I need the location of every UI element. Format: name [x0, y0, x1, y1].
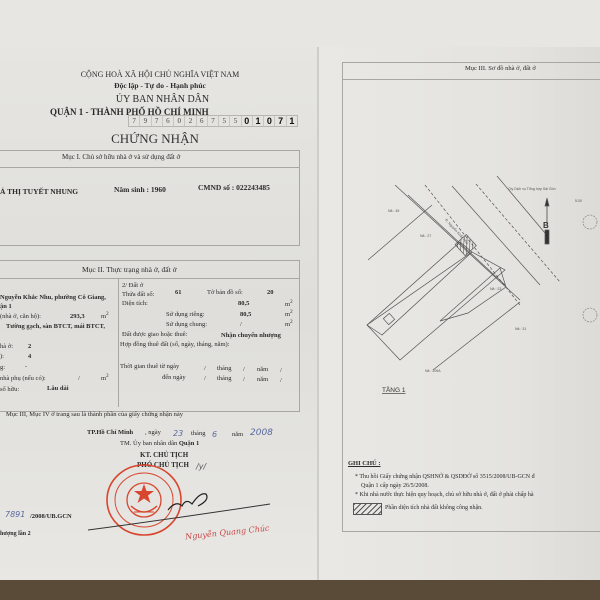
ownership-label: số hữu:	[0, 386, 19, 393]
register-number: /2008/UB.GCN	[30, 513, 72, 520]
note-1-cont: Quận 1 cấp ngày 26/5/2008.	[361, 483, 429, 489]
hatch-legend-icon	[353, 503, 382, 515]
house-structure: Tường gạch, sàn BTCT, mái BTCT,	[6, 323, 105, 330]
lease-to-month: /	[243, 376, 245, 383]
svg-text:Nă : 45: Nă : 45	[388, 209, 399, 213]
aux-area-label: nhà phụ (nếu có):	[0, 375, 46, 382]
sign-place: TP.Hồ Chí Minh	[87, 429, 133, 436]
serial-number: 7 9 7 6 0 2 6 7 5 5 0 1 0 7 1	[128, 115, 298, 127]
floor-area-unit: m2	[101, 312, 109, 320]
house-address-district: ận 1	[0, 303, 12, 310]
svg-text:Nă : 27: Nă : 27	[420, 234, 431, 238]
svg-text:Cty Dịch vụ Tổng hợp Sài Gòn: Cty Dịch vụ Tổng hợp Sài Gòn	[508, 187, 556, 191]
lease-to-day: /	[204, 375, 206, 382]
serial-digit: 0	[264, 116, 275, 126]
land-heading: 2/ Đất ở	[122, 282, 143, 289]
serial-digit: 7	[275, 116, 286, 126]
rooms-value: 4	[28, 353, 31, 360]
plot-label: Thửa đất số:	[122, 291, 154, 298]
serial-digit: 1	[287, 116, 297, 126]
serial-digit: 2	[185, 116, 196, 126]
serial-digit: 0	[242, 116, 253, 126]
site-plan-diagram: Nă : 45 Nă : 27 Nă : 209A Nă : 31 Nă : 2…	[340, 160, 600, 410]
desk-surface-bottom	[0, 578, 600, 600]
notes-heading: GHI CHÚ :	[348, 460, 381, 467]
section2-footnote: Mục III, Mục IV ở trang sau là thành phầ…	[6, 411, 183, 418]
committee-title: ỦY BAN NHÂN DÂN	[0, 94, 325, 105]
lease-from-label: Thời gian thuê từ ngày	[120, 363, 179, 370]
certificate-title: CHỨNG NHẬN	[0, 131, 310, 147]
lease-from-year-label: năm	[257, 366, 268, 373]
floor-area-label: (nhà ở, căn hộ):	[0, 313, 41, 320]
lease-from-month: /	[243, 366, 245, 373]
area-label: Diện tích:	[122, 300, 148, 307]
north-label: B	[543, 221, 549, 230]
svg-text:Nă : 209A: Nă : 209A	[425, 369, 441, 373]
plot-value: 61	[175, 289, 182, 296]
aux-area-value: /	[78, 375, 80, 382]
svg-text:Nă : 23: Nă : 23	[490, 287, 501, 291]
birth-year: Năm sinh : 1960	[114, 185, 166, 194]
serial-digit: 6	[163, 116, 174, 126]
initial-mark: /y/	[196, 462, 206, 471]
private-use-unit: m2	[285, 310, 293, 318]
sign-month: 6	[212, 430, 217, 439]
sign-year-label: năm	[232, 431, 243, 438]
shared-use-unit: m2	[285, 320, 293, 328]
serial-digit: 1	[253, 116, 264, 126]
serial-digit: 7	[208, 116, 219, 126]
sign-month-label: tháng	[191, 430, 205, 437]
aux-area-unit: m2	[101, 374, 109, 382]
page-fold	[317, 47, 319, 580]
area-unit: m2	[285, 300, 293, 308]
serial-digit: 7	[152, 116, 163, 126]
basement-value: -	[25, 363, 27, 370]
owner-name: Ả THỊ TUYẾT NHUNG	[0, 187, 78, 196]
motto: Độc lập - Tự do - Hạnh phúc	[0, 81, 320, 90]
id-number: CMND số : 022243485	[198, 183, 270, 192]
house-address: Nguyễn Khắc Nhu, phường Cô Giang,	[0, 294, 106, 301]
serial-digit: 5	[219, 116, 230, 126]
on-behalf-text: TM. Ủy ban nhân dân	[120, 440, 177, 447]
serial-digit: 9	[140, 116, 151, 126]
serial-digit: 7	[129, 116, 140, 126]
lease-to-month-label: tháng	[217, 375, 231, 382]
private-use-label: Sử dụng riêng:	[166, 311, 205, 318]
private-use-value: 80,5	[240, 311, 251, 318]
lease-to-year-label: năm	[257, 376, 268, 383]
section1-box	[0, 150, 300, 246]
map-sheet-value: 20	[267, 289, 274, 296]
rooms-label: ):	[0, 353, 4, 360]
floors-label: hà ở:	[0, 343, 13, 350]
lease-from-year: /	[280, 367, 282, 374]
floor-label: TẦNG 1	[382, 384, 406, 394]
allocation-value: Nhận chuyển nhượng	[221, 332, 281, 339]
svg-text:5.00: 5.00	[575, 199, 582, 203]
serial-digit: 0	[174, 116, 185, 126]
lease-to-year: /	[280, 377, 282, 384]
shared-use-value: /	[240, 321, 242, 328]
edge-symbols	[580, 210, 600, 330]
section3-title: Mục III. Sơ đồ nhà ở, đất ở	[465, 65, 536, 72]
sign-year: 2008	[250, 428, 273, 438]
shared-use-label: Sử dụng chung:	[166, 321, 207, 328]
section2-title: Mục II. Thực trạng nhà ở, đất ở	[82, 265, 177, 274]
map-sheet-label: Tờ bản đồ số:	[207, 289, 243, 296]
register-number-handwritten: 7891	[5, 510, 25, 519]
area-value: 80,5	[238, 300, 249, 307]
lease-from-day: /	[204, 365, 206, 372]
sign-day: 23	[173, 429, 183, 438]
note-1: * Thu hồi Giấy chứng nhận QSHNỞ & QSDĐỞ …	[355, 474, 535, 480]
ownership-value: Lâu dài	[47, 385, 69, 392]
on-behalf-district: Quận 1	[179, 440, 199, 447]
serial-digit: 6	[197, 116, 208, 126]
floors-value: 2	[28, 343, 31, 350]
allocation-label: Đất được giao hoặc thuê:	[122, 331, 187, 338]
lease-contract-label: Hợp đồng thuê đất (số, ngày, tháng, năm)…	[120, 341, 230, 348]
republic-header: CỘNG HOÀ XÃ HỘI CHỦ NGHĨA VIỆT NAM	[0, 70, 320, 79]
lease-from-month-label: tháng	[217, 365, 231, 372]
basement-label: g:	[0, 364, 5, 371]
legend-text: Phần diện tích nhà đất không công nhận.	[385, 505, 483, 511]
on-behalf: TM. Ủy ban nhân dân Quận 1	[120, 440, 199, 447]
svg-text:Nă : 31: Nă : 31	[515, 327, 526, 331]
section1-title: Mục I. Chủ sở hữu nhà ở và sử dụng đất ở	[62, 153, 180, 161]
note-2: * Khi nhà nước thực hiện quy hoạch, chủ …	[355, 492, 534, 498]
transfer-note: hượng lần 2	[0, 531, 31, 537]
role-chairman: KT. CHỦ TỊCH	[140, 451, 188, 459]
floor-area-value: 293,3	[70, 313, 85, 320]
serial-digit: 5	[230, 116, 241, 126]
lease-to-label: đến ngày	[162, 374, 186, 381]
sign-day-label: , ngày	[145, 429, 161, 436]
